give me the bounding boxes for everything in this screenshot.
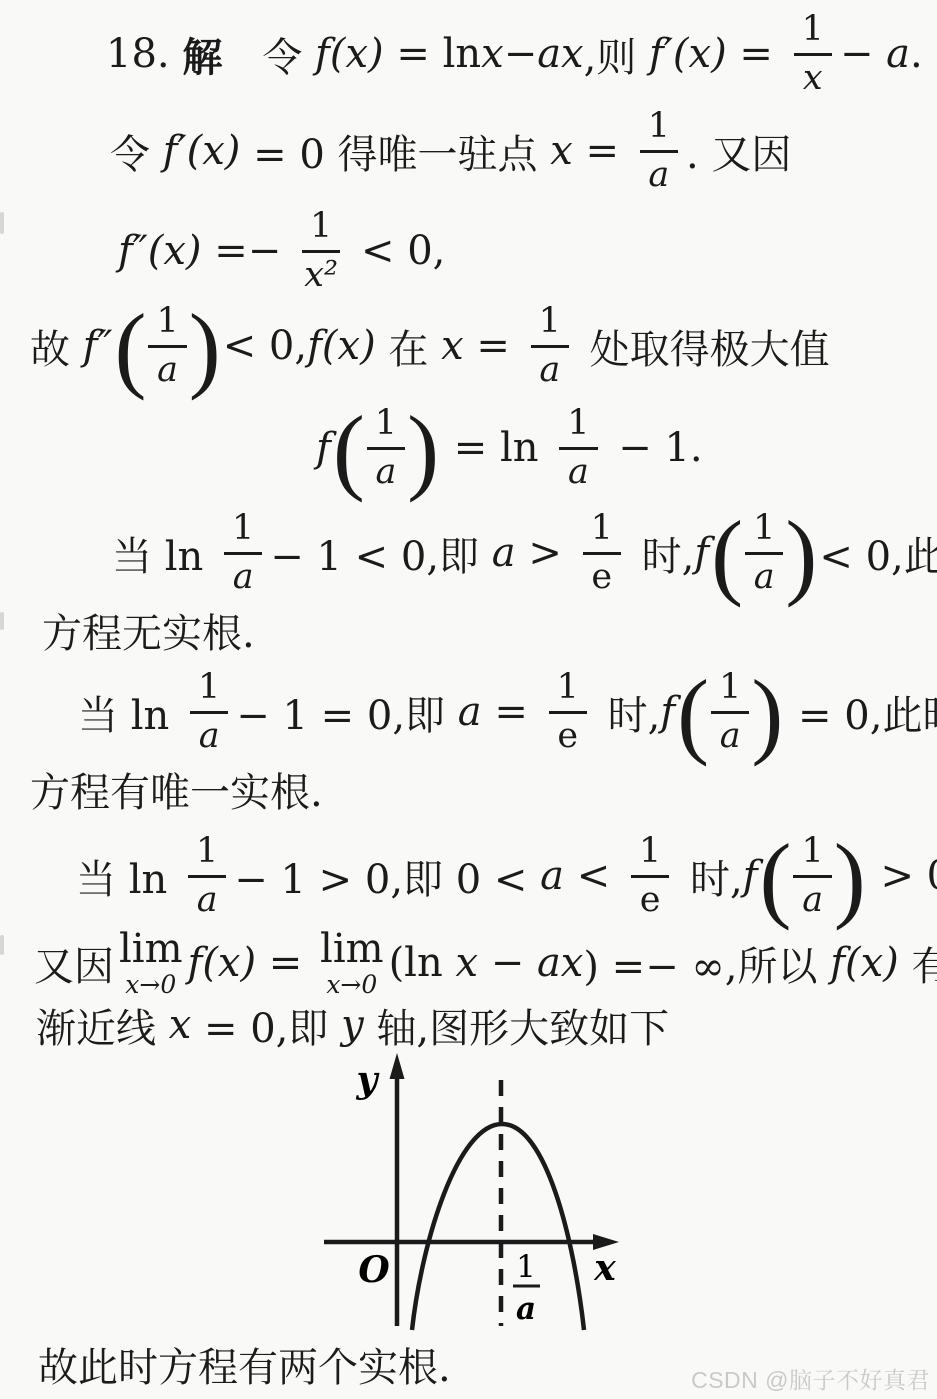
scan-artifact (0, 212, 4, 234)
math-segment: a (458, 689, 482, 735)
text-segment: − (840, 31, 886, 77)
math-segment: f(x) (307, 323, 376, 369)
text-segment: = (573, 128, 632, 174)
math-segment: f (316, 425, 331, 471)
y-axis-label: y (356, 1059, 380, 1101)
text-line-10: 当 ln 1a− 1 > 0,即 0 < a < 1e 时,f(1a) > 0, (0, 826, 937, 926)
math-segment: f (660, 689, 675, 735)
text-line-9: 方程有唯一实根. (0, 762, 937, 817)
text-segment: > (516, 530, 575, 576)
text-segment: 令 (110, 123, 163, 180)
fraction-denominator: e (640, 878, 661, 920)
text-segment: = 0 得唯一驻点 (240, 123, 550, 180)
text-segment: 方程有唯一实根. (30, 761, 323, 818)
math-segment: x (455, 940, 478, 986)
fraction: 1e (583, 509, 621, 596)
fraction-numerator: 1 (745, 509, 783, 554)
math-segment: x (441, 323, 464, 369)
math-segment: ax (537, 940, 583, 986)
text-segment: = (464, 323, 523, 369)
math-segment: f′(x) (649, 31, 727, 77)
text-segment: 当 ln (78, 684, 182, 741)
math-segment: x (169, 1002, 192, 1048)
math-segment: x (481, 31, 504, 77)
math-segment: a (540, 853, 564, 899)
text-segment: 又因 (34, 935, 114, 992)
text-segment: 时, (595, 684, 660, 741)
text-segment: = (727, 31, 786, 77)
parenthesized-fraction: (1a) (711, 509, 817, 596)
max-point-label: 1 a (513, 1249, 540, 1327)
text-segment: 时, (629, 525, 694, 582)
fraction-denominator: x² (304, 253, 338, 295)
text-segment: 故 (30, 318, 83, 375)
fraction: 1a (531, 302, 569, 389)
math-segment: y (341, 1002, 364, 1048)
math-segment: f(x) (188, 940, 257, 986)
text-segment: < 0, (223, 323, 307, 369)
limit-word: lim (320, 929, 384, 969)
watermark: CSDN @脑子不好真君 (691, 1362, 930, 1395)
fraction-denominator: e (557, 714, 578, 756)
fraction-denominator: a (720, 714, 741, 756)
fraction-numerator: 1 (794, 10, 832, 55)
fraction-denominator: a (539, 348, 560, 390)
parenthesized-fraction: (1a) (114, 302, 220, 389)
fraction: 1e (549, 668, 587, 755)
text-segment: − 1 < 0,即 (270, 525, 492, 582)
text-segment: > 0, (868, 853, 937, 899)
text-segment: 方程无实根. (42, 602, 255, 659)
fraction-denominator: a (754, 555, 775, 597)
text-segment: 当 ln (76, 848, 180, 905)
fraction-numerator: 1 (549, 668, 587, 713)
text-segment: = 0,此时 (785, 684, 937, 741)
fraction-numerator: 1 (583, 509, 621, 554)
text-line-1: 18. 解 令 f(x) = lnx−ax,则 f′(x) = 1x− a. (0, 2, 937, 106)
text-line-5: f(1a) = ln 1a − 1. (0, 398, 937, 498)
text-segment: − 1 > 0,即 0 < (234, 848, 540, 905)
limit-operator: limx→0 (119, 929, 183, 997)
parenthesized-fraction: (1a) (333, 404, 439, 491)
math-segment: f″ (83, 323, 113, 369)
text-segment: 轴,图形大致如下 (364, 997, 669, 1054)
text-segment: 当 ln (112, 525, 216, 582)
text-segment: = (482, 689, 541, 735)
text-line-2: 令 f′(x) = 0 得唯一驻点 x = 1a. 又因 (0, 102, 937, 200)
fraction-numerator: 1 (559, 404, 597, 449)
text-segment: . (910, 31, 923, 77)
text-segment: ,则 (584, 26, 649, 83)
y-axis-arrow-icon (390, 1053, 405, 1079)
math-segment: f (743, 853, 758, 899)
text-segment: 故此时方程有两个实根. (38, 1336, 451, 1393)
math-segment: f′(x) (163, 128, 241, 174)
fraction-numerator: 1 (531, 302, 569, 347)
fraction-denominator: a (199, 714, 220, 756)
text-line-3: f″(x) =− 1x² < 0, (0, 203, 937, 299)
text-segment: − (478, 940, 537, 986)
fraction-numerator: 1 (367, 404, 405, 449)
text-segment: 有 (899, 935, 937, 992)
math-segment: f(x) (315, 31, 384, 77)
fraction: 1a (793, 832, 831, 919)
fraction-numerator: 1 (224, 509, 262, 554)
fraction-numerator: 1 (793, 832, 831, 877)
max-label-numerator: 1 (516, 1249, 536, 1285)
text-segment: − 1. (606, 425, 703, 471)
fraction-numerator: 1 (631, 832, 669, 877)
fraction: 1a (559, 404, 597, 491)
text-segment: =− (202, 228, 294, 274)
fraction: 1e (631, 832, 669, 919)
text-line-6: 当 ln 1a− 1 < 0,即 a > 1e 时,f(1a)< 0,此时 (0, 503, 937, 603)
math-segment: a (492, 530, 516, 576)
bold-segment: 解 (182, 26, 222, 83)
fraction: 1a (640, 107, 678, 194)
fraction-numerator: 1 (188, 832, 226, 877)
text-segment: = (256, 940, 315, 986)
text-line-4: 故 f″(1a)< 0,f(x) 在 x = 1a 处取得极大值 (0, 298, 937, 394)
text-line-7: 方程无实根. (0, 603, 937, 658)
fraction: 1a (711, 668, 749, 755)
fraction-denominator: e (591, 555, 612, 597)
text-segment: < 0, (348, 228, 445, 274)
fraction: 1a (190, 668, 228, 755)
text-segment: = ln (384, 31, 482, 77)
fraction-denominator: a (648, 153, 669, 195)
text-segment: − 1 = 0,即 (236, 684, 458, 741)
function-curve (412, 1124, 584, 1330)
limit-word: lim (119, 929, 183, 969)
math-segment: ax (537, 31, 583, 77)
fraction-numerator: 1 (190, 668, 228, 713)
text-segment: − (504, 31, 538, 77)
text-segment: < (564, 853, 623, 899)
fraction-numerator: 1 (148, 302, 186, 347)
math-segment: f(x) (830, 940, 899, 986)
fraction-numerator: 1 (711, 668, 749, 713)
text-segment: (ln (389, 940, 456, 986)
fraction-denominator: x (803, 56, 823, 98)
text-segment: 在 (376, 318, 441, 375)
fraction-denominator: a (568, 450, 589, 492)
fraction: 1a (745, 509, 783, 596)
fraction-denominator: a (233, 555, 254, 597)
fraction: 1x² (302, 207, 340, 294)
limit-subscript: x→0 (125, 972, 176, 997)
text-segment: = 0,即 (191, 997, 341, 1054)
text-segment: 渐近线 (36, 997, 169, 1054)
graph-canvas: y x O 1 a (312, 1050, 634, 1342)
text-segment: 18. (106, 31, 182, 77)
function-graph: y x O 1 a (312, 1050, 634, 1342)
text-segment: 处取得极大值 (577, 318, 830, 375)
fraction: 1a (148, 302, 186, 389)
fraction: 1a (367, 404, 405, 491)
scan-artifact (0, 935, 4, 955)
math-segment: a (886, 31, 910, 77)
text-line-8: 当 ln 1a− 1 = 0,即 a = 1e 时,f(1a) = 0,此时 (0, 662, 937, 762)
scanned-solution-page: 18. 解 令 f(x) = lnx−ax,则 f′(x) = 1x− a.令 … (0, 0, 937, 1399)
fraction-denominator: a (375, 450, 396, 492)
origin-label: O (358, 1249, 390, 1291)
text-segment: < 0,此时 (819, 525, 937, 582)
text-line-11: 又因limx→0f(x) = limx→0(ln x − ax) =− ∞,所以… (0, 922, 937, 1004)
max-label-denominator: a (516, 1291, 536, 1327)
text-segment: . 又因 (686, 123, 791, 180)
fraction-numerator: 1 (302, 207, 340, 252)
text-line-12: 渐近线 x = 0,即 y 轴,图形大致如下 (0, 1000, 937, 1050)
limit-subscript: x→0 (326, 972, 377, 997)
fraction-denominator: a (157, 348, 178, 390)
math-segment: f″(x) (118, 228, 202, 274)
text-segment: = ln (441, 425, 551, 471)
fraction: 1x (794, 10, 832, 97)
text-segment: ) =− ∞,所以 (583, 935, 830, 992)
fraction-denominator: a (197, 878, 218, 920)
parenthesized-fraction: (1a) (677, 668, 783, 755)
text-segment: 时, (677, 848, 742, 905)
parenthesized-fraction: (1a) (760, 832, 866, 919)
text-segment: 令 (222, 26, 315, 83)
fraction-numerator: 1 (640, 107, 678, 152)
math-segment: f (694, 530, 709, 576)
math-segment: x (550, 128, 573, 174)
fraction: 1a (224, 509, 262, 596)
fraction: 1a (188, 832, 226, 919)
x-axis-label: x (593, 1247, 616, 1289)
limit-operator: limx→0 (320, 929, 384, 997)
fraction-denominator: a (802, 878, 823, 920)
scan-artifact (0, 612, 4, 630)
